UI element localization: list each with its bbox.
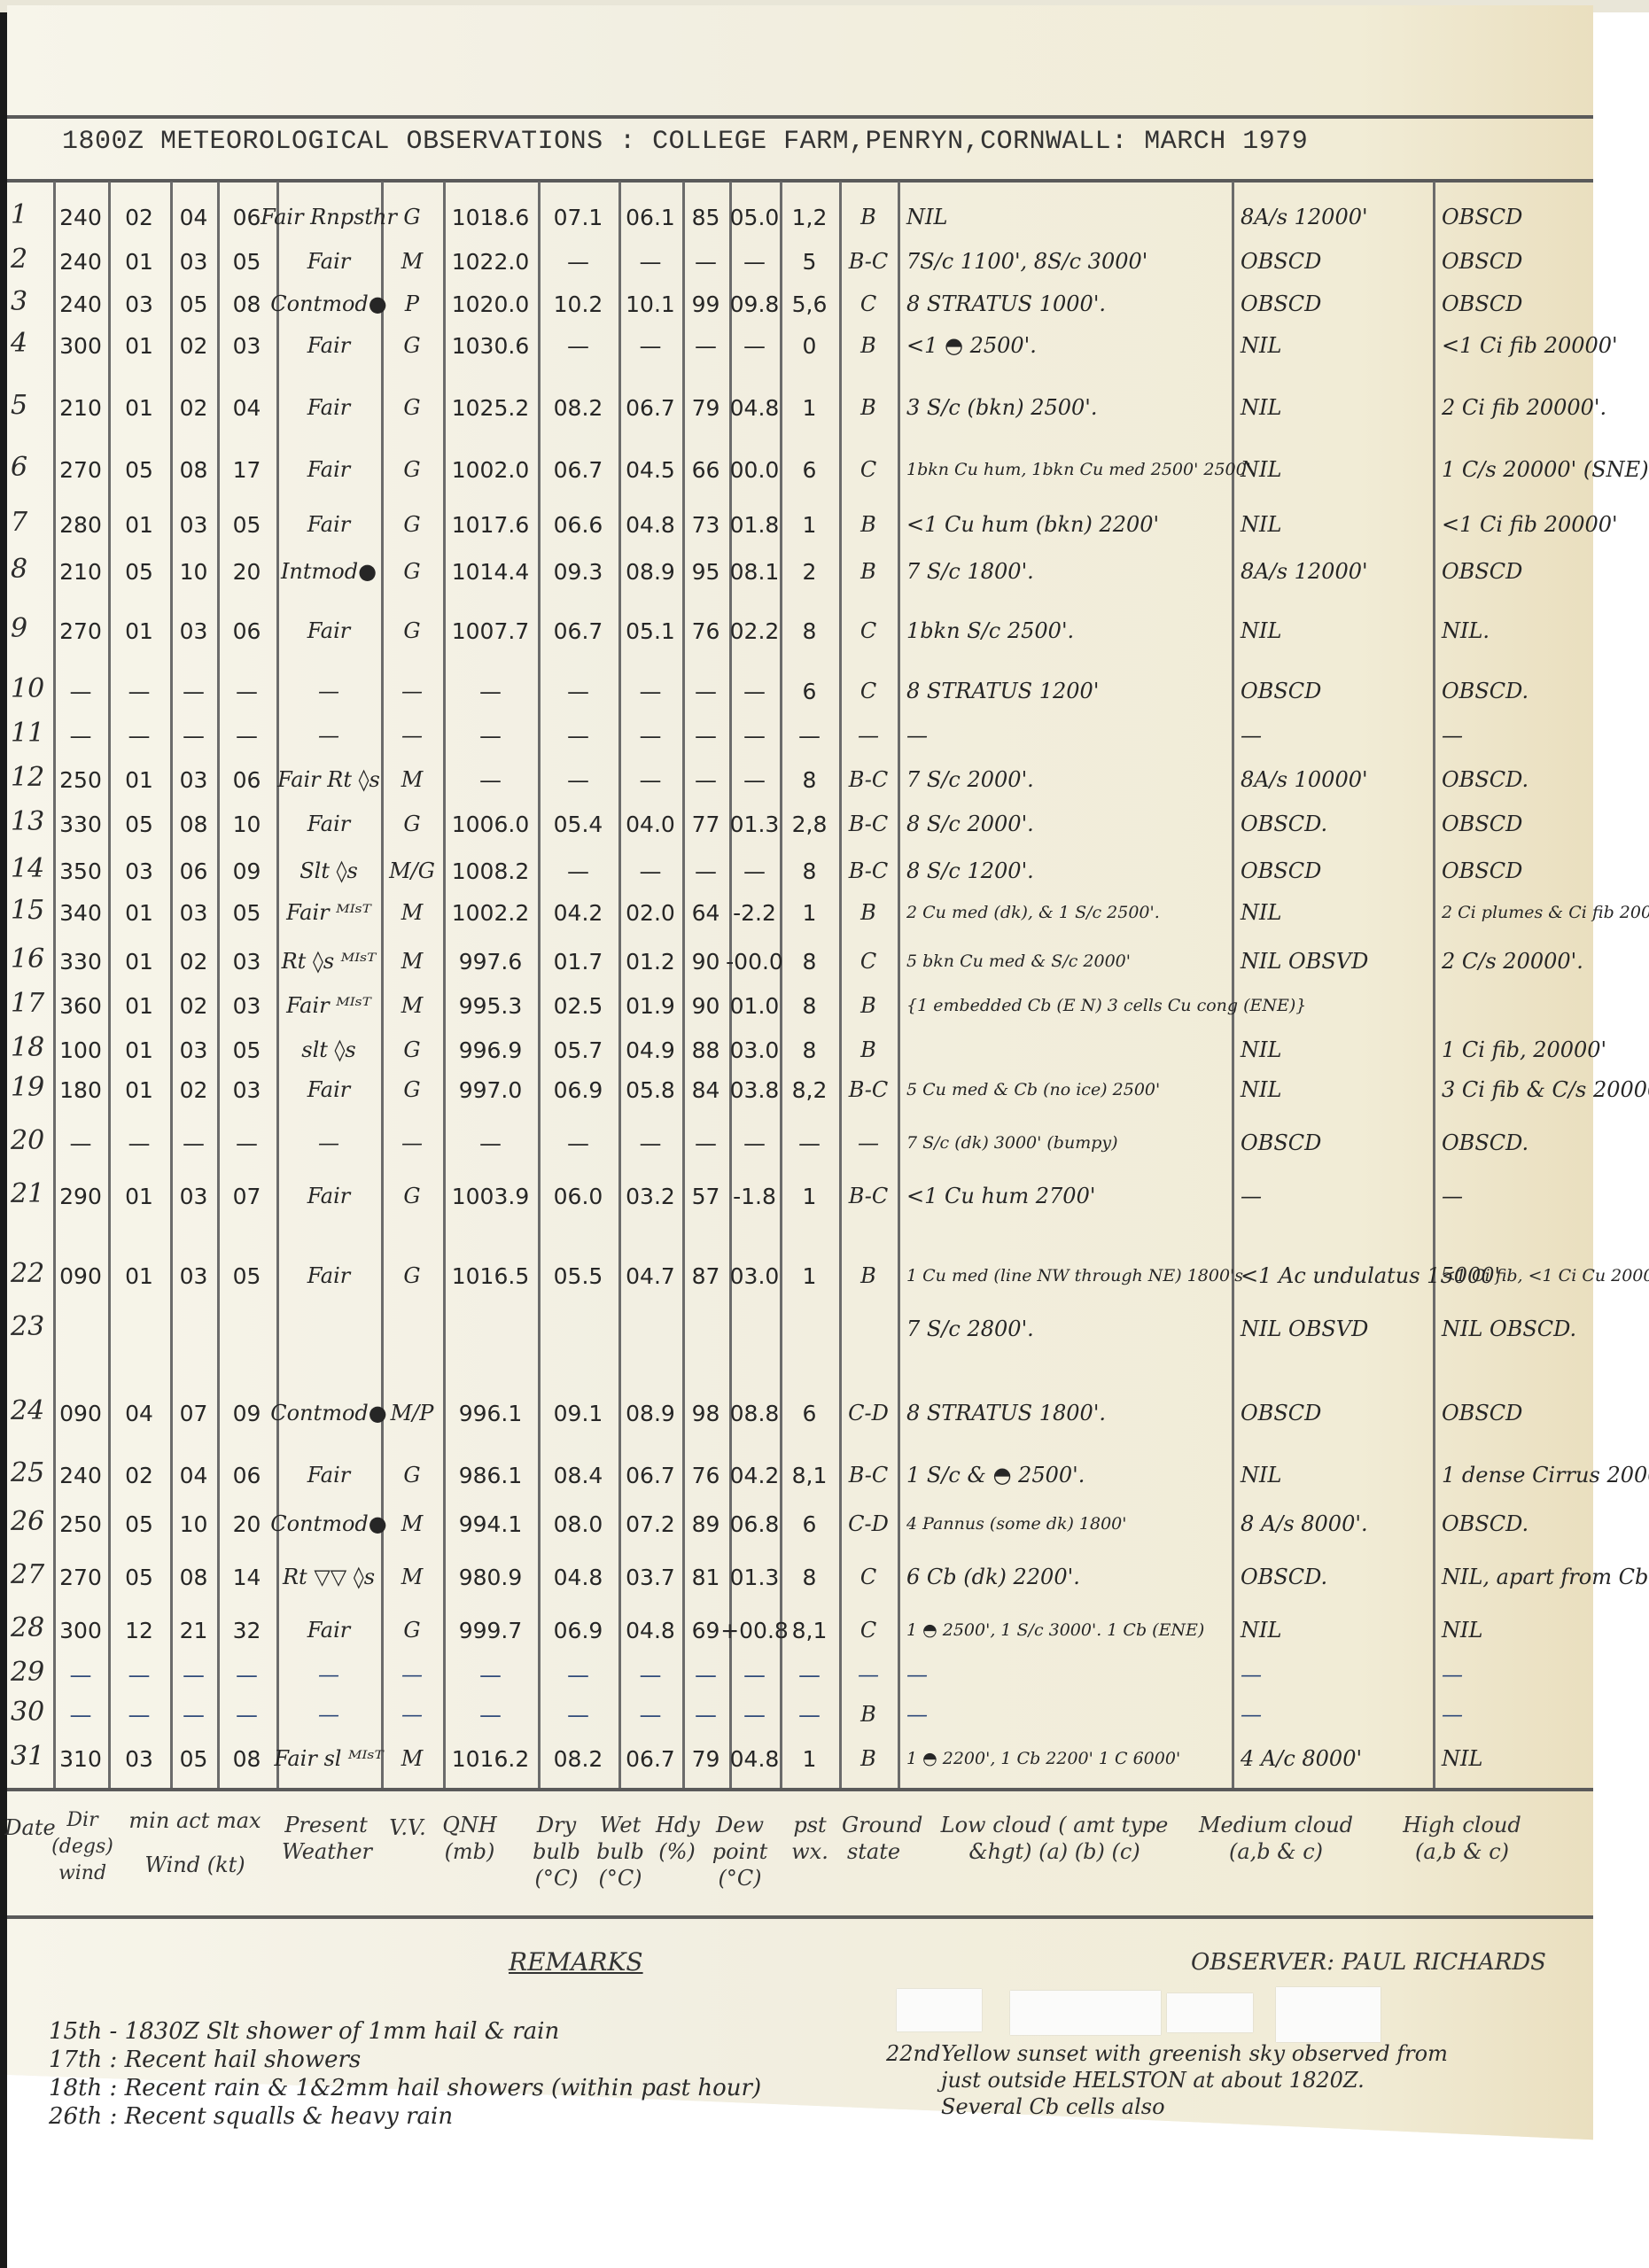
cell-dew: 03.0 xyxy=(729,1253,780,1299)
cell-dry: — xyxy=(538,848,618,894)
cell-dew: — xyxy=(729,668,780,714)
cell-qnh: 1016.2 xyxy=(443,1736,538,1782)
label-wind: min act max xyxy=(115,1807,275,1834)
cell-dir: — xyxy=(53,712,108,758)
cell-dew: 05.0 xyxy=(729,194,780,240)
cell-min: — xyxy=(108,1120,170,1166)
day-number: 20 xyxy=(11,1125,44,1156)
cell-wx: — xyxy=(276,1120,381,1166)
cell-ground: B xyxy=(839,322,898,369)
cell-dry: 07.1 xyxy=(538,194,618,240)
cell-vis: G xyxy=(381,608,443,654)
cell-act: 03 xyxy=(170,238,217,284)
cell-dry: 06.6 xyxy=(538,501,618,548)
cell-wet: 04.5 xyxy=(618,447,682,493)
cell-past: — xyxy=(780,1691,839,1737)
cell-medium: OBSCD xyxy=(1232,281,1442,327)
day-number: 10 xyxy=(11,673,44,704)
cell-vis: G xyxy=(381,384,443,431)
cell-dry: 06.7 xyxy=(538,447,618,493)
cell-min: — xyxy=(108,1691,170,1737)
cell-medium: NIL OBSVD xyxy=(1232,938,1442,984)
cell-wet: 04.0 xyxy=(618,801,682,847)
cell-dir: 210 xyxy=(53,384,108,431)
cell-min: 05 xyxy=(108,447,170,493)
cell-wet: 06.7 xyxy=(618,384,682,431)
cell-act: 05 xyxy=(170,1736,217,1782)
cell-max: 03 xyxy=(217,938,276,984)
cell-wet: 02.0 xyxy=(618,889,682,936)
cell-low: 8 STRATUS 1200' xyxy=(898,668,1241,714)
cell-high: OBSCD xyxy=(1433,238,1595,284)
tape-patch xyxy=(1167,1993,1253,2032)
day-number: 5 xyxy=(11,390,27,421)
cell-vis: M xyxy=(381,938,443,984)
cell-medium: 4 A/c 8000' xyxy=(1232,1736,1442,1782)
cell-ground: C xyxy=(839,1607,898,1653)
cell-vis: P xyxy=(381,281,443,327)
cell-medium: OBSCD xyxy=(1232,1390,1442,1436)
cell-min: 01 xyxy=(108,889,170,936)
cell-wx: Contmod● xyxy=(276,281,381,327)
table-row: 7280010305FairG1017.606.604.87301.81B<1 … xyxy=(0,501,1586,548)
cell-wet: — xyxy=(618,1691,682,1737)
cell-min: 01 xyxy=(108,238,170,284)
remark-17th: 17th : Recent hail showers xyxy=(49,2047,361,2073)
cell-wx: Fair xyxy=(276,322,381,369)
remark-15th: 15th - 1830Z Slt shower of 1mm hail & ra… xyxy=(49,2018,559,2045)
day-number: 13 xyxy=(11,806,44,837)
table-row: 17360010203Fair ᴹᴵˢᵀM995.302.501.99001.0… xyxy=(0,983,1586,1029)
table-row: 6270050817FairG1002.006.704.56600.06C1bk… xyxy=(0,447,1586,493)
cell-dew: 04.2 xyxy=(729,1452,780,1498)
cell-vis: — xyxy=(381,712,443,758)
cell-low: 1bkn S/c 2500'. xyxy=(898,608,1241,654)
cell-hum: 89 xyxy=(682,1501,729,1547)
cell-past: 1 xyxy=(780,501,839,548)
cell-dry: — xyxy=(538,712,618,758)
table-row: 1240020406Fair RnpsthrG1018.607.106.1850… xyxy=(0,194,1586,240)
cell-dry: 10.2 xyxy=(538,281,618,327)
cell-min: 01 xyxy=(108,1253,170,1299)
cell-dir: — xyxy=(53,1120,108,1166)
day-number: 30 xyxy=(11,1697,44,1728)
cell-wx: Fair sl ᴹᴵˢᵀ xyxy=(276,1736,381,1782)
cell-max: 05 xyxy=(217,501,276,548)
cell-vis: G xyxy=(381,1173,443,1219)
cell-ground: C-D xyxy=(839,1501,898,1547)
label-past-weather: pst wx. xyxy=(785,1812,835,1865)
day-number: 16 xyxy=(11,944,44,975)
cell-dry: 04.8 xyxy=(538,1554,618,1600)
cell-high: 2 Ci plumes & Ci fib 20000' xyxy=(1433,889,1595,936)
cell-wx: Fair xyxy=(276,1452,381,1498)
cell-high: OBSCD. xyxy=(1433,668,1595,714)
cell-min: 01 xyxy=(108,322,170,369)
cell-low: 5 Cu med & Cb (no ice) 2500' xyxy=(898,1067,1241,1113)
cell-max: 20 xyxy=(217,548,276,594)
cell-wx: Fair xyxy=(276,1173,381,1219)
cell-medium: NIL xyxy=(1232,1452,1442,1498)
cell-dew: 04.8 xyxy=(729,384,780,431)
cell-min: 05 xyxy=(108,1554,170,1600)
cell-act: 03 xyxy=(170,608,217,654)
cell-vis: M xyxy=(381,983,443,1029)
cell-wet: 07.2 xyxy=(618,1501,682,1547)
cell-vis: G xyxy=(381,1067,443,1113)
cell-dry: 01.7 xyxy=(538,938,618,984)
cell-medium xyxy=(1232,983,1442,1029)
cell-hum: — xyxy=(682,757,729,803)
cell-dew: 04.8 xyxy=(729,1736,780,1782)
cell-medium: NIL xyxy=(1232,889,1442,936)
cell-act: 07 xyxy=(170,1390,217,1436)
cell-high: OBSCD xyxy=(1433,281,1595,327)
table-row: 8210051020Intmod●G1014.409.308.99508.12B… xyxy=(0,548,1586,594)
cell-min: 05 xyxy=(108,548,170,594)
cell-ground: B-C xyxy=(839,1452,898,1498)
cell-qnh: 1008.2 xyxy=(443,848,538,894)
remark-22nd-line: just outside HELSTON at about 1820Z. xyxy=(941,2067,1365,2093)
cell-dir: 240 xyxy=(53,238,108,284)
cell-medium: <1 Ac undulatus 15000' xyxy=(1232,1253,1442,1299)
remark-22nd-label: 22nd xyxy=(886,2040,940,2067)
table-row: 30————————————B——— xyxy=(0,1691,1586,1737)
cell-act: 10 xyxy=(170,548,217,594)
cell-max: 04 xyxy=(217,384,276,431)
cell-max: — xyxy=(217,1120,276,1166)
cell-ground: B xyxy=(839,1253,898,1299)
cell-act: 08 xyxy=(170,447,217,493)
cell-dir: 360 xyxy=(53,983,108,1029)
cell-past: 2,8 xyxy=(780,801,839,847)
cell-wet: 01.2 xyxy=(618,938,682,984)
cell-high: 1 C/s 20000' (SNE) xyxy=(1433,447,1595,493)
cell-low: {1 embedded Cb (E N) 3 cells Cu cong (EN… xyxy=(898,983,1241,1029)
cell-hum: 95 xyxy=(682,548,729,594)
cell-dew: -1.8 xyxy=(729,1173,780,1219)
cell-high: <1 Ci fib 20000' xyxy=(1433,322,1595,369)
cell-max: 14 xyxy=(217,1554,276,1600)
cell-ground: — xyxy=(839,1120,898,1166)
cell-past: 6 xyxy=(780,668,839,714)
cell-dry: 09.1 xyxy=(538,1390,618,1436)
cell-dir: 300 xyxy=(53,1607,108,1653)
cell-vis: — xyxy=(381,1691,443,1737)
cell-act: 03 xyxy=(170,757,217,803)
title-bottom-rule xyxy=(7,179,1593,183)
cell-dew: 08.1 xyxy=(729,548,780,594)
cell-high: NIL xyxy=(1433,1736,1595,1782)
cell-wx: Fair xyxy=(276,1607,381,1653)
cell-wx xyxy=(276,1306,381,1352)
cell-past: 1 xyxy=(780,889,839,936)
cell-act: 05 xyxy=(170,281,217,327)
cell-wet: — xyxy=(618,238,682,284)
remarks-heading: REMARKS xyxy=(509,1947,643,1977)
cell-dir: 300 xyxy=(53,322,108,369)
cell-min: 01 xyxy=(108,983,170,1029)
cell-medium: OBSCD xyxy=(1232,238,1442,284)
cell-act: 08 xyxy=(170,1554,217,1600)
table-bottom-rule xyxy=(7,1788,1593,1791)
cell-high: 3 Ci fib & C/s 20000' xyxy=(1433,1067,1595,1113)
cell-act: 04 xyxy=(170,194,217,240)
cell-act: 08 xyxy=(170,801,217,847)
cell-dir: 240 xyxy=(53,281,108,327)
cell-act: — xyxy=(170,712,217,758)
cell-qnh: 1017.6 xyxy=(443,501,538,548)
cell-low: 8 S/c 1200'. xyxy=(898,848,1241,894)
cell-dew: — xyxy=(729,1691,780,1737)
cell-low: 7S/c 1100', 8S/c 3000' xyxy=(898,238,1241,284)
cell-low: 1 S/c & ◓ 2500'. xyxy=(898,1452,1241,1498)
cell-dir: — xyxy=(53,668,108,714)
cell-hum: 87 xyxy=(682,1253,729,1299)
cell-low: 5 bkn Cu med & S/c 2000' xyxy=(898,938,1241,984)
cell-wx: Slt ◊s xyxy=(276,848,381,894)
cell-low: 7 S/c 2000'. xyxy=(898,757,1241,803)
cell-dew: — xyxy=(729,757,780,803)
cell-wet: 04.7 xyxy=(618,1253,682,1299)
cell-vis: M xyxy=(381,889,443,936)
cell-hum: 66 xyxy=(682,447,729,493)
cell-low: — xyxy=(898,712,1241,758)
cell-act: 02 xyxy=(170,384,217,431)
cell-medium: OBSCD. xyxy=(1232,1554,1442,1600)
day-number: 3 xyxy=(11,286,27,317)
cell-medium: — xyxy=(1232,712,1442,758)
cell-act: 03 xyxy=(170,1253,217,1299)
cell-hum: 79 xyxy=(682,384,729,431)
cell-ground: B xyxy=(839,548,898,594)
cell-hum: 90 xyxy=(682,938,729,984)
cell-dew: — xyxy=(729,322,780,369)
cell-high: <1 Ci fib, <1 Ci Cu 20000' xyxy=(1433,1253,1595,1299)
cell-wet: — xyxy=(618,848,682,894)
cell-hum: 77 xyxy=(682,801,729,847)
cell-max: 05 xyxy=(217,1253,276,1299)
cell-hum: 84 xyxy=(682,1067,729,1113)
cell-qnh: — xyxy=(443,1120,538,1166)
cell-vis: G xyxy=(381,322,443,369)
cell-low: <1 Cu hum (bkn) 2200' xyxy=(898,501,1241,548)
cell-dry: 08.0 xyxy=(538,1501,618,1547)
cell-min: 05 xyxy=(108,801,170,847)
cell-past: 1 xyxy=(780,384,839,431)
cell-hum: 85 xyxy=(682,194,729,240)
cell-wx: Fair xyxy=(276,238,381,284)
cell-dry: — xyxy=(538,238,618,284)
cell-ground: C xyxy=(839,1554,898,1600)
label-wet-bulb: Wet bulb (°C) xyxy=(590,1812,650,1891)
observer-name: OBSERVER: PAUL RICHARDS xyxy=(1191,1949,1546,1976)
day-number: 26 xyxy=(11,1506,44,1537)
cell-ground: — xyxy=(839,712,898,758)
cell-min: — xyxy=(108,712,170,758)
cell-high: NIL OBSCD. xyxy=(1433,1306,1595,1352)
cell-dew: 02.2 xyxy=(729,608,780,654)
cell-vis: M xyxy=(381,1554,443,1600)
cell-dew: 01.8 xyxy=(729,501,780,548)
cell-wet: 08.9 xyxy=(618,548,682,594)
cell-dew: -2.2 xyxy=(729,889,780,936)
cell-wet: 04.8 xyxy=(618,1607,682,1653)
cell-medium: NIL xyxy=(1232,1607,1442,1653)
cell-low: <1 Cu hum 2700' xyxy=(898,1173,1241,1219)
cell-dew: — xyxy=(729,848,780,894)
table-row: 10———————————6C8 STRATUS 1200'OBSCDOBSCD… xyxy=(0,668,1586,714)
cell-vis: M/G xyxy=(381,848,443,894)
cell-wx: Fair xyxy=(276,1067,381,1113)
table-row: 19180010203FairG997.006.905.88403.88,2B-… xyxy=(0,1067,1586,1113)
cell-ground: C xyxy=(839,447,898,493)
cell-past xyxy=(780,1306,839,1352)
cell-min: 01 xyxy=(108,938,170,984)
cell-dir xyxy=(53,1306,108,1352)
cell-dry: — xyxy=(538,757,618,803)
cell-past: 8 xyxy=(780,757,839,803)
cell-dew: 01.0 xyxy=(729,983,780,1029)
cell-low: 1bkn Cu hum, 1bkn Cu med 2500' 2500' xyxy=(898,447,1241,493)
table-row: 2240010305FairM1022.0————5B-C7S/c 1100',… xyxy=(0,238,1586,284)
cell-past: 8,2 xyxy=(780,1067,839,1113)
cell-dew: +00.8 xyxy=(729,1607,780,1653)
cell-ground: B xyxy=(839,889,898,936)
label-ground-state: Ground state xyxy=(842,1812,906,1865)
day-number: 4 xyxy=(11,328,27,359)
cell-dry: 06.9 xyxy=(538,1607,618,1653)
table-row: 14350030609Slt ◊sM/G1008.2————8B-C8 S/c … xyxy=(0,848,1586,894)
cell-ground xyxy=(839,1306,898,1352)
cell-high: OBSCD xyxy=(1433,801,1595,847)
cell-dry: — xyxy=(538,1120,618,1166)
cell-hum: — xyxy=(682,668,729,714)
cell-wx: Intmod● xyxy=(276,548,381,594)
cell-dry: 06.9 xyxy=(538,1067,618,1113)
cell-dir: 280 xyxy=(53,501,108,548)
cell-wx: — xyxy=(276,712,381,758)
cell-vis: G xyxy=(381,548,443,594)
table-row: 22090010305FairG1016.505.504.78703.01B1 … xyxy=(0,1253,1586,1299)
cell-min: 01 xyxy=(108,1173,170,1219)
cell-max: 07 xyxy=(217,1173,276,1219)
cell-past: 1,2 xyxy=(780,194,839,240)
cell-vis: G xyxy=(381,194,443,240)
label-qnh: QNH (mb) xyxy=(439,1812,501,1865)
cell-wx: Fair ᴹᴵˢᵀ xyxy=(276,889,381,936)
cell-wx: Fair Rnpsthr xyxy=(276,194,381,240)
cell-dew: — xyxy=(729,238,780,284)
tape-patch xyxy=(1276,1987,1381,2042)
cell-past: — xyxy=(780,712,839,758)
cell-wx: Fair ᴹᴵˢᵀ xyxy=(276,983,381,1029)
cell-medium: OBSCD xyxy=(1232,1120,1442,1166)
cell-low: 7 S/c (dk) 3000' (bumpy) xyxy=(898,1120,1241,1166)
cell-wx: Fair xyxy=(276,1253,381,1299)
day-number: 31 xyxy=(11,1741,44,1772)
day-number: 18 xyxy=(11,1032,44,1063)
cell-wet: 06.7 xyxy=(618,1736,682,1782)
cell-min xyxy=(108,1306,170,1352)
cell-max xyxy=(217,1306,276,1352)
cell-qnh: 1007.7 xyxy=(443,608,538,654)
cell-hum: — xyxy=(682,712,729,758)
cell-min: 12 xyxy=(108,1607,170,1653)
cell-medium: 8A/s 12000' xyxy=(1232,548,1442,594)
cell-max: 08 xyxy=(217,1736,276,1782)
cell-wet: 03.2 xyxy=(618,1173,682,1219)
cell-min: 03 xyxy=(108,848,170,894)
cell-low: 7 S/c 2800'. xyxy=(898,1306,1241,1352)
cell-vis: M xyxy=(381,1736,443,1782)
cell-medium: OBSCD. xyxy=(1232,801,1442,847)
cell-wet: 06.1 xyxy=(618,194,682,240)
cell-min: 03 xyxy=(108,1736,170,1782)
cell-dew: 08.8 xyxy=(729,1390,780,1436)
cell-dry: 06.7 xyxy=(538,608,618,654)
cell-wet: 10.1 xyxy=(618,281,682,327)
cell-dir: 330 xyxy=(53,801,108,847)
cell-dry: — xyxy=(538,1691,618,1737)
cell-ground: B-C xyxy=(839,757,898,803)
table-row: 237 S/c 2800'.NIL OBSVDNIL OBSCD. xyxy=(0,1306,1586,1352)
cell-act: 10 xyxy=(170,1501,217,1547)
cell-max: — xyxy=(217,668,276,714)
cell-act: 06 xyxy=(170,848,217,894)
cell-max: 09 xyxy=(217,1390,276,1436)
cell-dew: 09.8 xyxy=(729,281,780,327)
cell-qnh: 1006.0 xyxy=(443,801,538,847)
cell-wx: — xyxy=(276,668,381,714)
cell-qnh: 1020.0 xyxy=(443,281,538,327)
cell-past: 8 xyxy=(780,848,839,894)
cell-min: 05 xyxy=(108,1501,170,1547)
label-medium-cloud: Medium cloud (a,b & c) xyxy=(1196,1812,1356,1865)
cell-dir: 270 xyxy=(53,447,108,493)
cell-past: 6 xyxy=(780,447,839,493)
cell-ground: B-C xyxy=(839,1173,898,1219)
cell-wx: Fair Rt ◊s xyxy=(276,757,381,803)
cell-max: — xyxy=(217,1691,276,1737)
cell-qnh: 1002.2 xyxy=(443,889,538,936)
cell-wet: — xyxy=(618,322,682,369)
label-dew-point: Dew point (°C) xyxy=(704,1812,775,1891)
cell-hum: 64 xyxy=(682,889,729,936)
cell-max: 03 xyxy=(217,1067,276,1113)
cell-past: 8,1 xyxy=(780,1452,839,1498)
cell-qnh: 996.1 xyxy=(443,1390,538,1436)
cell-wx: — xyxy=(276,1691,381,1737)
cell-max: — xyxy=(217,712,276,758)
cell-min: 01 xyxy=(108,384,170,431)
cell-low: 8 STRATUS 1800'. xyxy=(898,1390,1241,1436)
cell-medium: NIL OBSVD xyxy=(1232,1306,1442,1352)
cell-vis: G xyxy=(381,501,443,548)
cell-max: 32 xyxy=(217,1607,276,1653)
day-number: 1 xyxy=(11,199,27,230)
cell-low: 3 S/c (bkn) 2500'. xyxy=(898,384,1241,431)
table-row: 12250010306Fair Rt ◊sM—————8B-C7 S/c 200… xyxy=(0,757,1586,803)
cell-low: — xyxy=(898,1691,1241,1737)
cell-dry: 05.4 xyxy=(538,801,618,847)
cell-dew: 01.3 xyxy=(729,1554,780,1600)
cell-medium: NIL xyxy=(1232,1067,1442,1113)
cell-low: 8 S/c 2000'. xyxy=(898,801,1241,847)
cell-wet: 06.7 xyxy=(618,1452,682,1498)
cell-min: 01 xyxy=(108,757,170,803)
cell-act: — xyxy=(170,1120,217,1166)
